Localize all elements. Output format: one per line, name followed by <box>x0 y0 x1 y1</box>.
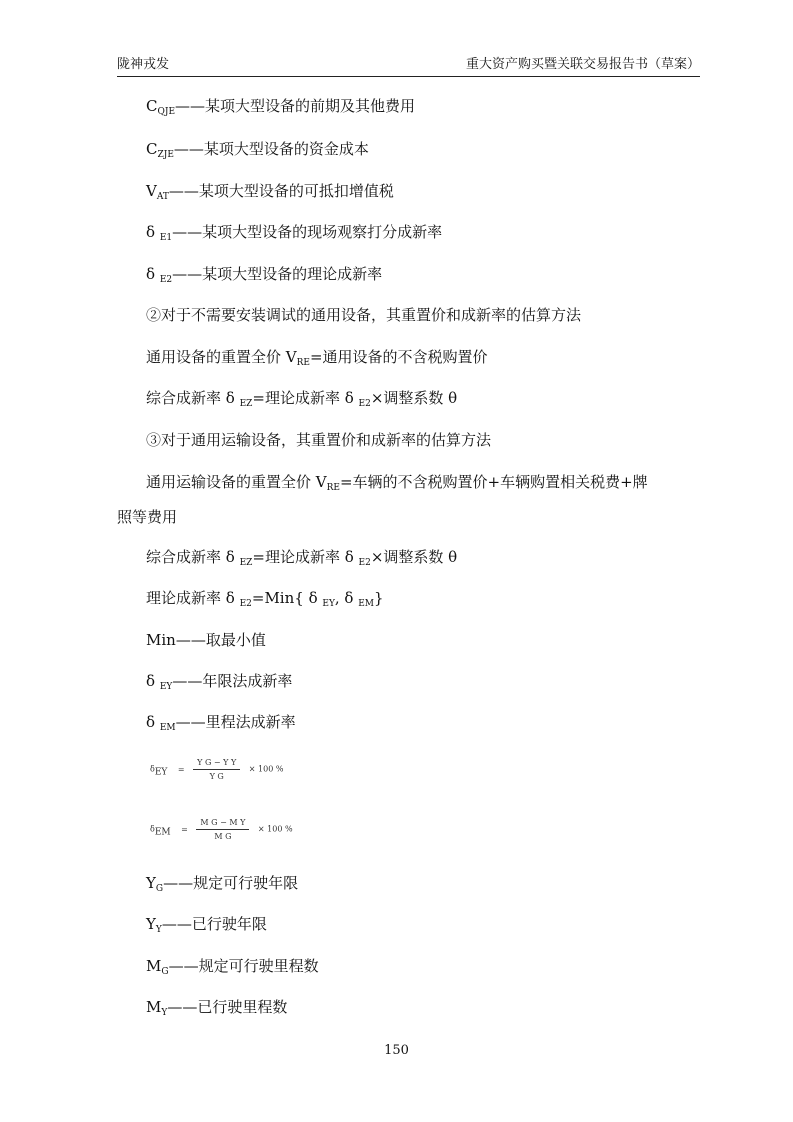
text-line: 照等费用 <box>117 507 177 527</box>
text-line: VAT——某项大型设备的可抵扣增值税 <box>146 181 394 207</box>
definition-line: MG——规定可行驶里程数 <box>146 956 319 982</box>
definition-line: MY——已行驶里程数 <box>146 997 287 1023</box>
text-line: 通用运输设备的重置全价 VRE=车辆的不含税购置价+车辆购置相关税费+牌 <box>146 472 648 498</box>
text-line: 理论成新率 δ E2=Min{ δ EY, δ EM} <box>146 588 384 614</box>
text-line: Min——取最小值 <box>146 630 266 650</box>
header-doc-title: 重大资产购买暨关联交易报告书（草案） <box>466 53 700 72</box>
text-line: δ EY——年限法成新率 <box>146 671 292 697</box>
text-line: δ E2——某项大型设备的理论成新率 <box>146 264 382 290</box>
text-line: 综合成新率 δ EZ=理论成新率 δ E2×调整系数 θ <box>146 388 457 414</box>
definition-line: YY——已行驶年限 <box>146 914 267 940</box>
page-header: 陇神戎发 重大资产购买暨关联交易报告书（草案） <box>117 52 700 77</box>
text-line: δ E1——某项大型设备的现场观察打分成新率 <box>146 222 442 248</box>
formula-ey: δEY = Y G − Y YY G × 100 % <box>150 758 283 781</box>
page-number: 150 <box>0 1043 793 1058</box>
text-line: 综合成新率 δ EZ=理论成新率 δ E2×调整系数 θ <box>146 547 457 573</box>
header-company: 陇神戎发 <box>117 53 169 72</box>
text-line: CQJE——某项大型设备的前期及其他费用 <box>146 96 415 122</box>
section-heading: ③对于通用运输设备，其重置价和成新率的估算方法 <box>146 430 491 450</box>
text-line: δ EM——里程法成新率 <box>146 712 296 738</box>
formula-em: δEM = M G − M YM G × 100 % <box>150 818 293 841</box>
text-line: 通用设备的重置全价 VRE=通用设备的不含税购置价 <box>146 347 488 373</box>
text-line: CZJE——某项大型设备的资金成本 <box>146 139 369 165</box>
definition-line: YG——规定可行驶年限 <box>146 873 298 899</box>
section-heading: ②对于不需要安装调试的通用设备，其重置价和成新率的估算方法 <box>146 305 581 325</box>
